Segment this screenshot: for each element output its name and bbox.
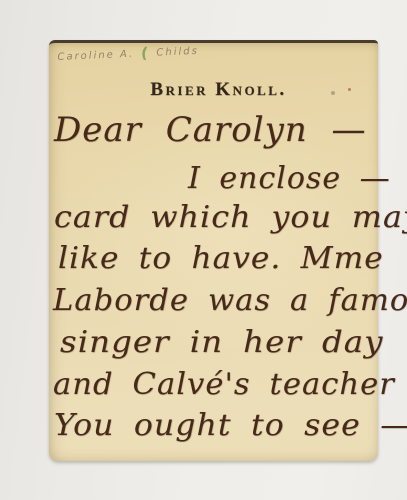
letter-card: Caroline A. ( Childs Brier Knoll. Dear C… bbox=[49, 40, 378, 461]
photo-background: Caroline A. ( Childs Brier Knoll. Dear C… bbox=[0, 0, 407, 500]
pencil-green-mark: ( bbox=[140, 44, 151, 63]
pencil-annotation-name: Caroline A. bbox=[57, 49, 134, 63]
letter-line: You ought to see — bbox=[54, 411, 407, 441]
letter-line: like to have. Mme bbox=[58, 244, 384, 274]
letter-line: and Calvé's teacher — bbox=[53, 370, 407, 400]
paper-speck bbox=[331, 91, 335, 95]
letter-line-salutation: Dear Carolyn — bbox=[54, 113, 367, 147]
letter-line: singer in her day bbox=[60, 328, 384, 358]
pencil-annotation: Caroline A. ( Childs bbox=[57, 40, 199, 64]
letterhead-brier-knoll: Brier Knoll. bbox=[59, 79, 378, 101]
paper-speck bbox=[348, 88, 351, 91]
letter-line: card which you may bbox=[54, 203, 407, 233]
letter-line: Laborde was a famous bbox=[53, 286, 407, 316]
pencil-annotation-surname: Childs bbox=[156, 46, 199, 59]
letter-line: I enclose — bbox=[188, 164, 391, 194]
